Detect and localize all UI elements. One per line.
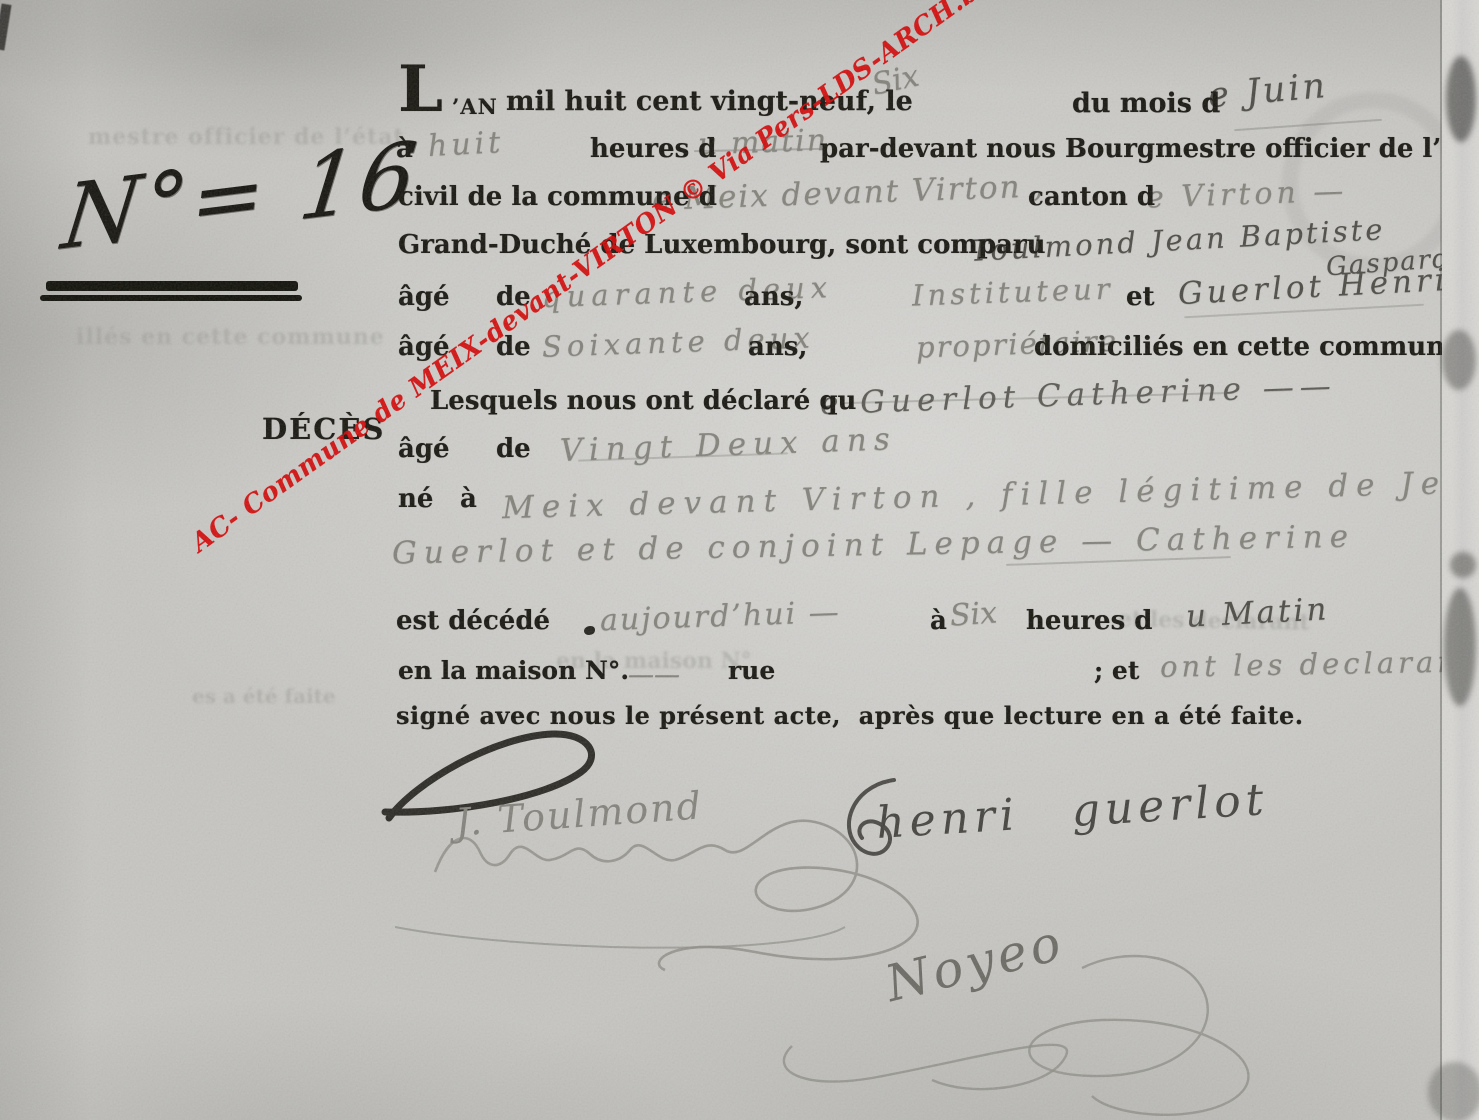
line2-hand-hour: huit <box>427 128 505 162</box>
line11-printed-heures: heures d <box>1026 608 1152 634</box>
ink-smudge <box>1446 56 1476 142</box>
ink-smudge <box>1444 588 1476 706</box>
line8-hand-age: Vingt Deux ans <box>560 424 898 467</box>
line8-printed-age: âgé <box>398 436 450 462</box>
line5-hand-profession: Instituteur <box>912 274 1115 310</box>
ink-smudge <box>1428 1062 1479 1120</box>
line5-printed-et: et <box>1126 284 1155 310</box>
line5-hand-declarant2: Guerlot Henri <box>1177 265 1449 310</box>
line8-printed-de: de <box>496 436 531 462</box>
line5-printed-ans: ans, <box>744 284 803 310</box>
line11-printed-decede: est décédé <box>396 608 550 634</box>
ink-mark-corner <box>0 4 12 51</box>
bleedthrough-text: illés en cette commune <box>76 326 385 348</box>
double-rule-top <box>46 281 298 291</box>
bleedthrough-text: es a été faite <box>192 686 336 706</box>
line11-hand-hour: Six <box>949 598 998 631</box>
line12-printed-et: ; et <box>1094 658 1139 683</box>
ink-smudge <box>1450 552 1476 578</box>
line5-printed-age: âgé <box>398 284 450 310</box>
line7-hand-deceased: e Guerlot Catherine —— <box>820 371 1338 420</box>
ink-smudge <box>1442 330 1476 390</box>
line12-hand-dash: —— <box>628 662 680 688</box>
line2-printed-a: à <box>396 136 413 162</box>
line6-printed-ans: ans, <box>748 334 807 360</box>
line1-hand-month: e Juin <box>1207 69 1330 114</box>
line12-hand-declarants: ont les declarant <box>1160 647 1476 682</box>
line9-printed-a: à <box>460 486 477 512</box>
line3-hand-canton: e Virton — <box>1146 176 1348 213</box>
line13-printed-closing: signé avec nous le présent acte, après q… <box>396 704 1304 728</box>
double-rule-bottom <box>40 295 302 301</box>
line2-printed-c: par-devant nous Bourgmestre officier de … <box>820 136 1479 162</box>
line1-printed-b: du mois d <box>1072 90 1220 117</box>
line4-printed-a: Grand-Duché de Luxembourg, sont comparu <box>398 232 1046 258</box>
line1-smallcaps: ’AN <box>452 96 498 117</box>
line11-hand-when: aujourd’hui — <box>600 598 842 636</box>
line11-printed-a2: à <box>930 608 947 634</box>
line1-dropcap: L <box>398 58 443 122</box>
line9-printed-ne: né <box>398 486 433 512</box>
ink-dot <box>584 626 595 635</box>
line12-printed-rue: rue <box>728 658 775 683</box>
line11-hand-ampm: u Matin <box>1185 594 1330 632</box>
line12-printed-maison: en la maison N°. <box>398 658 629 683</box>
line6-printed-domicilies: domiciliés en cette commune. <box>1034 334 1471 360</box>
line9-hand-birthplace: Meix devant Virton , fille légitime de J… <box>502 467 1479 524</box>
line10-hand-parents: Guerlot et de conjoint Lepage — Catherin… <box>392 522 1356 570</box>
death-certificate-scan: mestre officier de l’état illés en cette… <box>0 0 1479 1120</box>
line3-printed-b: canton d <box>1028 184 1155 210</box>
line7-printed-a: Lesquels nous ont déclaré qu <box>430 388 856 414</box>
line2-printed-b: heures d <box>590 136 716 162</box>
